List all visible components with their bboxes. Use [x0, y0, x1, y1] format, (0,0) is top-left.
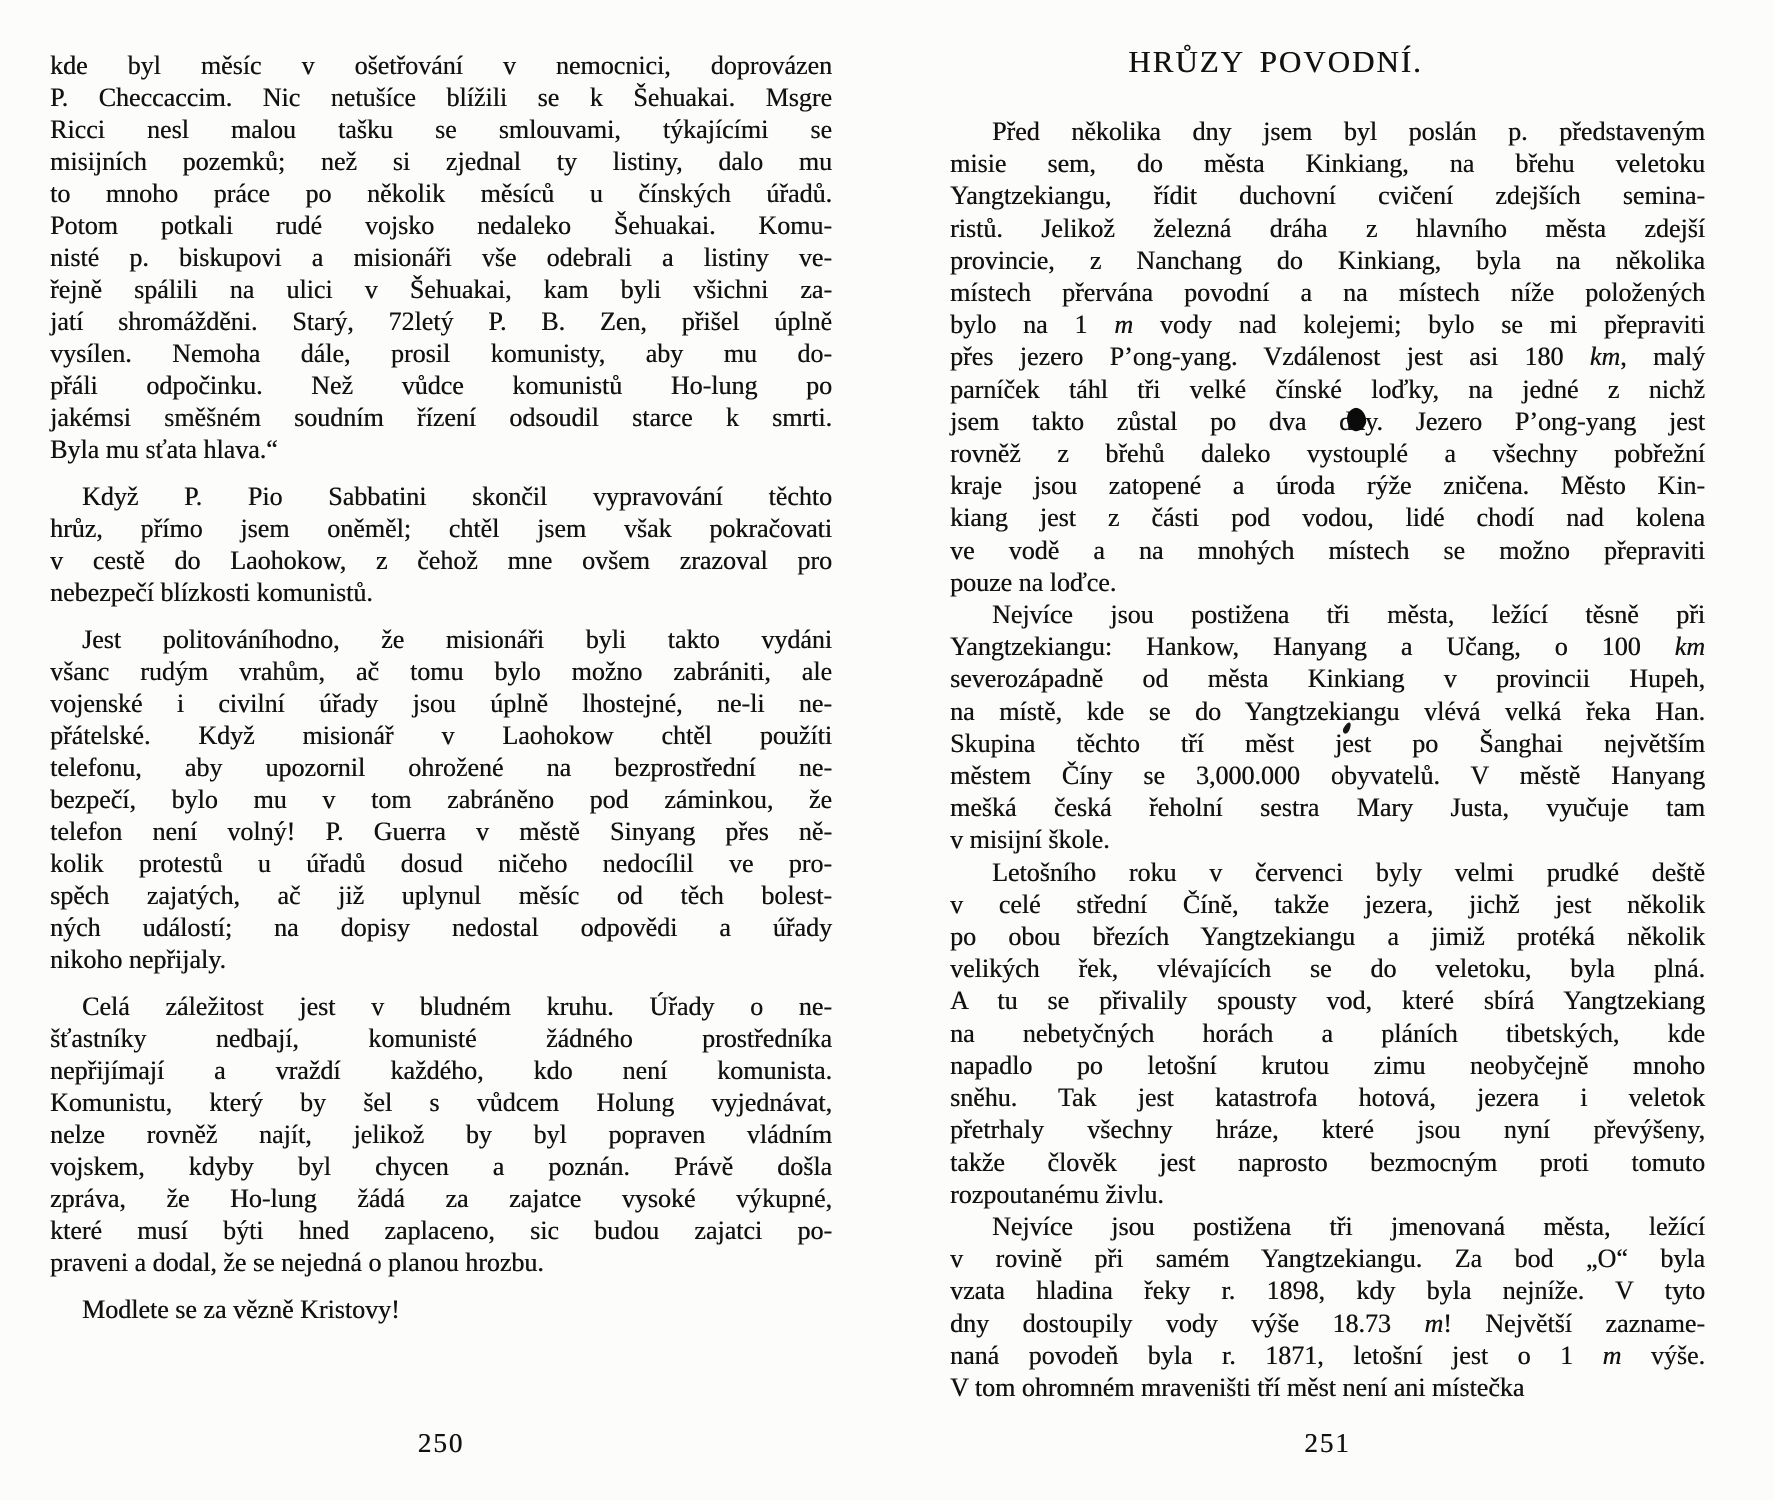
- text-line: přátelské. Když misionář v Laohokow chtě…: [50, 720, 832, 752]
- text-line: severozápadně od města Kinkiang v provin…: [950, 663, 1705, 695]
- text-line: bylo na 1 m vody nad kolejemi; bylo se m…: [950, 309, 1705, 341]
- ink-blot: n: [1352, 407, 1365, 436]
- text-line: rozpoutanému živlu.: [950, 1179, 1705, 1211]
- text-line: praveni a dodal, že se nejedná o planou …: [50, 1247, 832, 1279]
- text-line: Yangtzekiangu, řídit duchovní cvičení zd…: [950, 180, 1705, 212]
- text-line: Před několika dny jsem byl poslán p. pře…: [950, 116, 1705, 148]
- text-line: misie sem, do města Kinkiang, na břehu v…: [950, 148, 1705, 180]
- text-line: v cestě do Laohokow, z čehož mne ovšem z…: [50, 545, 832, 577]
- page-left: kde byl měsíc v ošetřování v nemocnici, …: [0, 0, 887, 1500]
- paragraph: Před několika dny jsem byl poslán p. pře…: [950, 116, 1705, 599]
- text-line: po obou březích Yangtzekiangu a jimiž pr…: [950, 921, 1705, 953]
- paragraph: Když P. Pio Sabbatini skončil vypravován…: [50, 481, 832, 609]
- text-line: to mnoho práce po několik měsíců u čínsk…: [50, 178, 832, 210]
- text-line: Letošního roku v červenci byly velmi pru…: [950, 857, 1705, 889]
- paragraph: Celá záležitost jest v bludném kruhu. Úř…: [50, 991, 832, 1279]
- text-line: Celá záležitost jest v bludném kruhu. Úř…: [50, 991, 832, 1023]
- text-line: vysílen. Nemoha dále, prosil komunisty, …: [50, 338, 832, 370]
- text-line: kiang jest z části pod vodou, lidé chodí…: [950, 502, 1705, 534]
- text-line: nepřijímají a vraždí každého, kdo není k…: [50, 1055, 832, 1087]
- text-line: nebezpečí blízkosti komunistů.: [50, 577, 832, 609]
- text-line: misijních pozemků; než si zjednal ty lis…: [50, 146, 832, 178]
- paragraph: Nejvíce jsou postižena tři jmenovaná měs…: [950, 1211, 1705, 1404]
- text-line: dny dostoupily vody výše 18.73 m! Největ…: [950, 1308, 1705, 1340]
- text-line: městem Číny se 3,000.000 obyvatelů. V mě…: [950, 760, 1705, 792]
- text-line: spěch zajatých, ač již uplynul měsíc od …: [50, 880, 832, 912]
- text-line: Byla mu sťata hlava.“: [50, 434, 832, 466]
- text-line: zpráva, že Ho-lung žádá za zajatce vysok…: [50, 1183, 832, 1215]
- text-line: Skupina těchto tří měst jest po Šanghai …: [950, 728, 1705, 760]
- text-line: A tu se přivalily spousty vod, které sbí…: [950, 985, 1705, 1017]
- text-line: vojenské i civilní úřady jsou úplně lhos…: [50, 688, 832, 720]
- text-line: Nejvíce jsou postižena tři jmenovaná měs…: [950, 1211, 1705, 1243]
- text-line: přetrhaly všechny hráze, které jsou nyní…: [950, 1114, 1705, 1146]
- text-line: Nejvíce jsou postižena tři města, ležící…: [950, 599, 1705, 631]
- text-line: V tom ohromném mraveništi tří měst není …: [950, 1372, 1705, 1404]
- article-title: HRŮZY POVODNÍ.: [898, 44, 1653, 80]
- page-number-right: 251: [950, 1428, 1705, 1459]
- text-line: naná povodeň byla r. 1871, letošní jest …: [950, 1340, 1705, 1372]
- text-line: které musí býti hned zaplaceno, sic budo…: [50, 1215, 832, 1247]
- page-right: HRŮZY POVODNÍ. Před několika dny jsem by…: [887, 0, 1774, 1500]
- text-line: kraje jsou zatopené a úroda rýže zničena…: [950, 470, 1705, 502]
- text-line: Jest politováníhodno, že misionáři byli …: [50, 624, 832, 656]
- text-line: Komunistu, který by šel s vůdcem Holung …: [50, 1087, 832, 1119]
- text-line: vojskem, kdyby byl chycen a poznán. Práv…: [50, 1151, 832, 1183]
- paragraph: Nejvíce jsou postižena tři města, ležící…: [950, 599, 1705, 857]
- text-line: jatí shromážděni. Starý, 72letý P. B. Ze…: [50, 306, 832, 338]
- text-line: řejně spálili na ulici v Šehuakai, kam b…: [50, 274, 832, 306]
- text-line: ve vodě a na mnohých místech se možno př…: [950, 535, 1705, 567]
- text-line: přáli odpočinku. Než vůdce komunistů Ho-…: [50, 370, 832, 402]
- text-line: telefon není volný! P. Guerra v městě Si…: [50, 816, 832, 848]
- paragraph: Modlete se za vězně Kristovy!: [50, 1294, 832, 1326]
- text-line: kde byl měsíc v ošetřování v nemocnici, …: [50, 50, 832, 82]
- paragraph: Jest politováníhodno, že misionáři byli …: [50, 624, 832, 976]
- text-line: napadlo po letošní krutou zimu neobyčejn…: [950, 1050, 1705, 1082]
- text-line: v rovině při samém Yangtzekiangu. Za bod…: [950, 1243, 1705, 1275]
- ink-smudge: e: [1342, 729, 1354, 758]
- text-line: vzata hladina řeky r. 1898, kdy byla nej…: [950, 1275, 1705, 1307]
- text-line: hrůz, přímo jsem oněměl; chtěl jsem však…: [50, 513, 832, 545]
- page-number-left: 250: [50, 1428, 832, 1459]
- text-line: Ricci nesl malou tašku se smlouvami, týk…: [50, 114, 832, 146]
- text-line: provincie, z Nanchang do Kinkiang, byla …: [950, 245, 1705, 277]
- text-line: nelze rovněž najít, jelikož by byl popra…: [50, 1119, 832, 1151]
- text-line: sněhu. Tak jest katastrofa hotová, jezer…: [950, 1082, 1705, 1114]
- text-line: parníček táhl tři velké čínské loďky, na…: [950, 374, 1705, 406]
- text-line: telefonu, aby upozornil ohrožené na bezp…: [50, 752, 832, 784]
- text-line: všanc rudým vrahům, ač tomu bylo možno z…: [50, 656, 832, 688]
- left-text-column: kde byl měsíc v ošetřování v nemocnici, …: [50, 50, 832, 1326]
- text-line: Yangtzekiangu: Hankow, Hanyang a Učang, …: [950, 631, 1705, 663]
- text-line: přes jezero P’ong-yang. Vzdálenost jest …: [950, 341, 1705, 373]
- text-line: nisté p. biskupovi a misionáři vše odebr…: [50, 242, 832, 274]
- text-line: takže člověk jest naprosto bezmocným pro…: [950, 1147, 1705, 1179]
- text-line: P. Checcaccim. Nic netušíce blížili se k…: [50, 82, 832, 114]
- text-line: bezpečí, bylo mu v tom zabráněno pod zám…: [50, 784, 832, 816]
- text-line: jsem takto zůstal po dva dny. Jezero P’o…: [950, 406, 1705, 438]
- text-line: šťastníky nedbají, komunisté žádného pro…: [50, 1023, 832, 1055]
- text-line: Modlete se za vězně Kristovy!: [50, 1294, 832, 1326]
- text-line: velikých řek, vlévajících se do veletoku…: [950, 953, 1705, 985]
- text-line: ných událostí; na dopisy nedostal odpově…: [50, 912, 832, 944]
- text-line: v celé střední Číně, takže jezera, jichž…: [950, 889, 1705, 921]
- text-line: Když P. Pio Sabbatini skončil vypravován…: [50, 481, 832, 513]
- text-line: v misijní škole.: [950, 824, 1705, 856]
- text-line: Potom potkali rudé vojsko nedaleko Šehua…: [50, 210, 832, 242]
- paragraph: kde byl měsíc v ošetřování v nemocnici, …: [50, 50, 832, 466]
- text-line: místech přervána povodní a na místech ní…: [950, 277, 1705, 309]
- text-line: nikoho nepřijaly.: [50, 944, 832, 976]
- book-spread: kde byl měsíc v ošetřování v nemocnici, …: [0, 0, 1774, 1500]
- text-line: na místě, kde se do Yangtzekiangu vlévá …: [950, 696, 1705, 728]
- text-line: kolik protestů u úřadů dosud ničeho nedo…: [50, 848, 832, 880]
- paragraph: Letošního roku v červenci byly velmi pru…: [950, 857, 1705, 1211]
- text-line: jakémsi směšném soudním řízení odsoudil …: [50, 402, 832, 434]
- text-line: pouze na loďce.: [950, 567, 1705, 599]
- text-line: ristů. Jelikož železná dráha z hlavního …: [950, 213, 1705, 245]
- text-line: rovněž z břehů daleko vystouplé a všechn…: [950, 438, 1705, 470]
- right-text-column: Před několika dny jsem byl poslán p. pře…: [950, 116, 1705, 1404]
- text-line: mešká česká řeholní sestra Mary Justa, v…: [950, 792, 1705, 824]
- text-line: na nebetyčných horách a pláních tibetský…: [950, 1018, 1705, 1050]
